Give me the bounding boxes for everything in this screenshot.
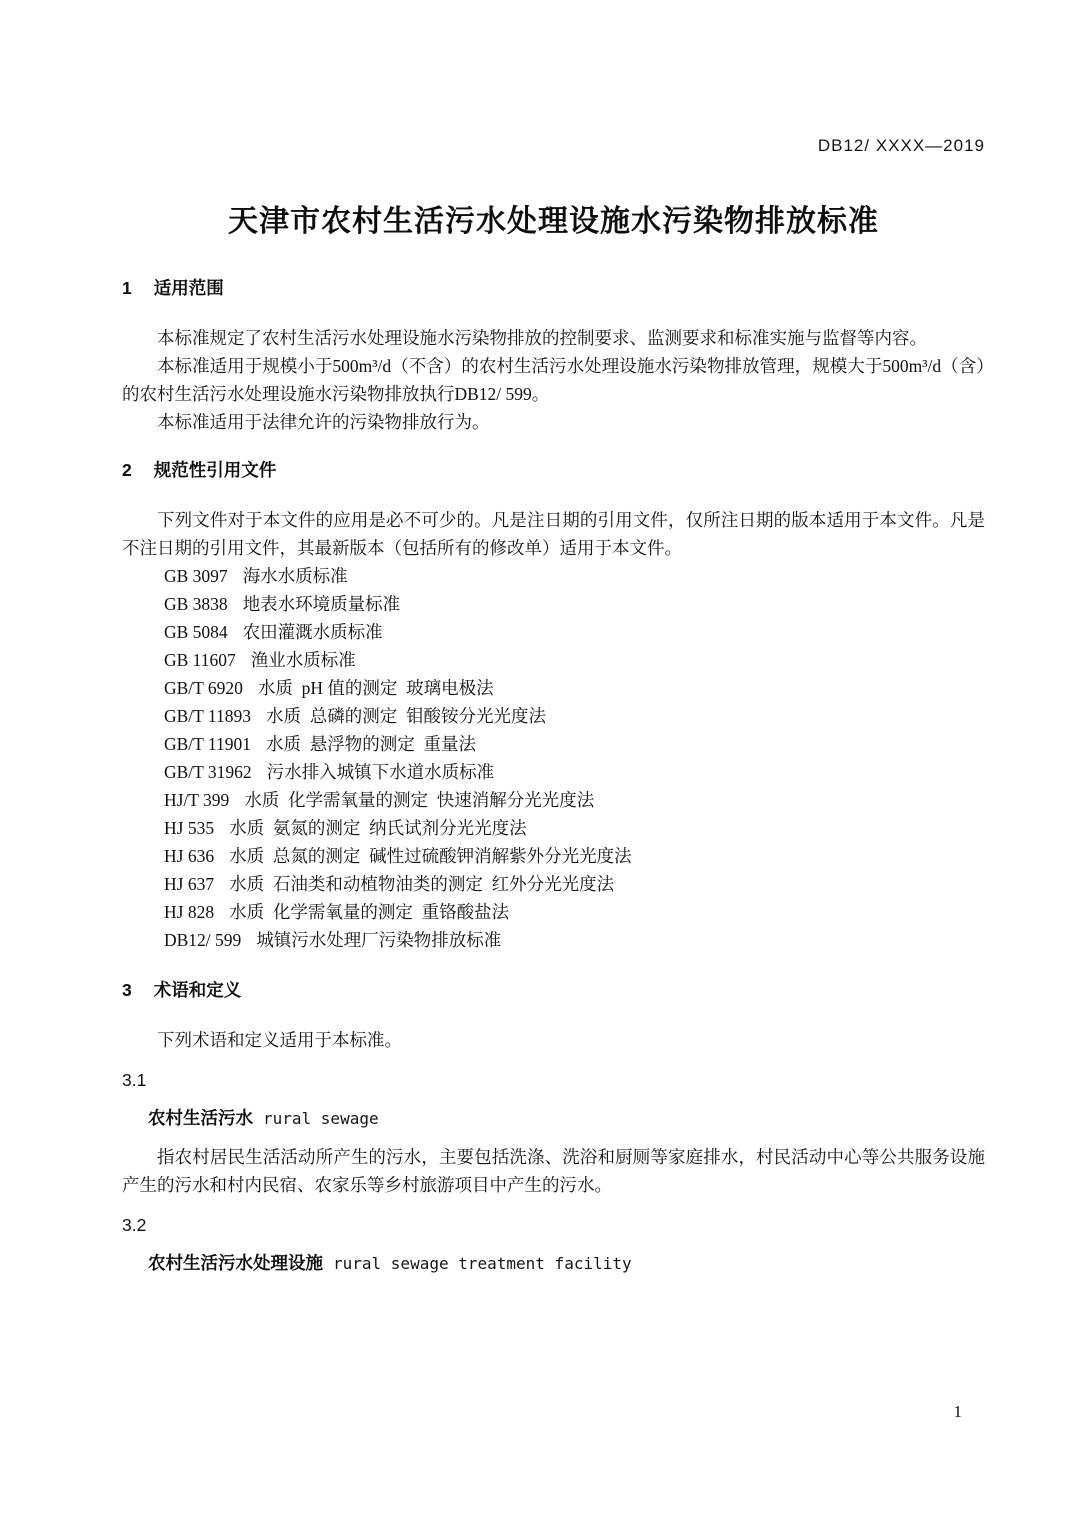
- reference-item: GB 3097海水水质标准: [164, 562, 985, 590]
- document-title: 天津市农村生活污水处理设施水污染物排放标准: [122, 204, 985, 240]
- clause-3-number: 3: [122, 980, 132, 1000]
- reference-code: HJ 828: [164, 902, 214, 922]
- reference-item: HJ 535水质 氨氮的测定 纳氏试剂分光光度法: [164, 814, 985, 842]
- reference-item: GB 5084农田灌溉水质标准: [164, 618, 985, 646]
- reference-item: HJ 636水质 总氮的测定 碱性过硫酸钾消解紫外分光光度法: [164, 842, 985, 870]
- normative-references-list: GB 3097海水水质标准 GB 3838地表水环境质量标准 GB 5084农田…: [122, 562, 985, 954]
- reference-title: 污水排入城镇下水道水质标准: [267, 762, 495, 782]
- term-3-1-zh: 农村生活污水: [148, 1108, 253, 1128]
- terms-intro: 下列术语和定义适用于本标准。: [122, 1026, 985, 1054]
- clause-2-number: 2: [122, 460, 132, 480]
- reference-title: 海水水质标准: [243, 566, 348, 586]
- reference-title: 城镇污水处理厂污染物排放标准: [256, 930, 501, 950]
- reference-code: HJ 637: [164, 874, 214, 894]
- reference-item: HJ/T 399水质 化学需氧量的测定 快速消解分光光度法: [164, 786, 985, 814]
- reference-code: DB12/ 599: [164, 930, 241, 950]
- reference-title: 水质 氨氮的测定 纳氏试剂分光光度法: [229, 818, 527, 838]
- clause-1-number: 1: [122, 278, 132, 298]
- clause-1-heading: 1适用范围: [122, 276, 985, 300]
- reference-title: 水质 总磷的测定 钼酸铵分光光度法: [266, 706, 546, 726]
- reference-code: GB 5084: [164, 622, 228, 642]
- reference-code: GB/T 31962: [164, 762, 252, 782]
- reference-code: HJ 535: [164, 818, 214, 838]
- scope-paragraph-1: 本标准规定了农村生活污水处理设施水污染物排放的控制要求、监测要求和标准实施与监督…: [122, 324, 985, 352]
- reference-code: HJ 636: [164, 846, 214, 866]
- reference-item: GB 11607渔业水质标准: [164, 646, 985, 674]
- reference-code: GB/T 11893: [164, 706, 251, 726]
- term-3-1-en: rural sewage: [263, 1109, 379, 1128]
- reference-code: GB 3097: [164, 566, 228, 586]
- reference-item: HJ 637水质 石油类和动植物油类的测定 红外分光光度法: [164, 870, 985, 898]
- reference-title: 水质 悬浮物的测定 重量法: [266, 734, 476, 754]
- reference-item: HJ 828水质 化学需氧量的测定 重铬酸盐法: [164, 898, 985, 926]
- term-3-2-zh: 农村生活污水处理设施: [148, 1253, 323, 1273]
- term-3-1-definition: 指农村居民生活活动所产生的污水，主要包括洗涤、洗浴和厨厕等家庭排水，村民活动中心…: [122, 1143, 985, 1199]
- term-3-2-line: 农村生活污水处理设施rural sewage treatment facilit…: [122, 1251, 985, 1276]
- term-3-2-number: 3.2: [122, 1213, 985, 1237]
- reference-title: 渔业水质标准: [251, 650, 356, 670]
- clause-3-title: 术语和定义: [154, 980, 242, 1000]
- references-intro: 下列文件对于本文件的应用是必不可少的。凡是注日期的引用文件，仅所注日期的版本适用…: [122, 506, 985, 562]
- reference-item: DB12/ 599城镇污水处理厂污染物排放标准: [164, 926, 985, 954]
- reference-code: GB/T 11901: [164, 734, 251, 754]
- reference-code: HJ/T 399: [164, 790, 229, 810]
- standard-code-header: DB12/ XXXX—2019: [122, 0, 985, 160]
- clause-1-title: 适用范围: [154, 278, 224, 298]
- reference-title: 地表水环境质量标准: [243, 594, 401, 614]
- clause-2-title: 规范性引用文件: [154, 460, 277, 480]
- page-number: 1: [954, 1398, 963, 1426]
- reference-item: GB/T 6920水质 pH 值的测定 玻璃电极法: [164, 674, 985, 702]
- reference-code: GB 3838: [164, 594, 228, 614]
- reference-title: 农田灌溉水质标准: [243, 622, 383, 642]
- term-3-1-number: 3.1: [122, 1068, 985, 1092]
- reference-code: GB 11607: [164, 650, 236, 670]
- reference-title: 水质 化学需氧量的测定 快速消解分光光度法: [244, 790, 594, 810]
- reference-code: GB/T 6920: [164, 678, 243, 698]
- reference-item: GB 3838地表水环境质量标准: [164, 590, 985, 618]
- scope-paragraph-2: 本标准适用于规模小于500m³/d（不含）的农村生活污水处理设施水污染物排放管理…: [122, 352, 985, 408]
- term-3-2-en: rural sewage treatment facility: [333, 1254, 632, 1273]
- reference-item: GB/T 11893水质 总磷的测定 钼酸铵分光光度法: [164, 702, 985, 730]
- reference-item: GB/T 11901水质 悬浮物的测定 重量法: [164, 730, 985, 758]
- term-3-1-line: 农村生活污水rural sewage: [122, 1106, 985, 1131]
- reference-item: GB/T 31962污水排入城镇下水道水质标准: [164, 758, 985, 786]
- document-page: DB12/ XXXX—2019 天津市农村生活污水处理设施水污染物排放标准 1适…: [0, 0, 1080, 1527]
- reference-title: 水质 总氮的测定 碱性过硫酸钾消解紫外分光光度法: [229, 846, 632, 866]
- scope-paragraph-3: 本标准适用于法律允许的污染物排放行为。: [122, 408, 985, 436]
- clause-2-heading: 2规范性引用文件: [122, 458, 985, 482]
- reference-title: 水质 化学需氧量的测定 重铬酸盐法: [229, 902, 509, 922]
- reference-title: 水质 石油类和动植物油类的测定 红外分光光度法: [229, 874, 614, 894]
- reference-title: 水质 pH 值的测定 玻璃电极法: [258, 678, 494, 698]
- clause-3-heading: 3术语和定义: [122, 978, 985, 1002]
